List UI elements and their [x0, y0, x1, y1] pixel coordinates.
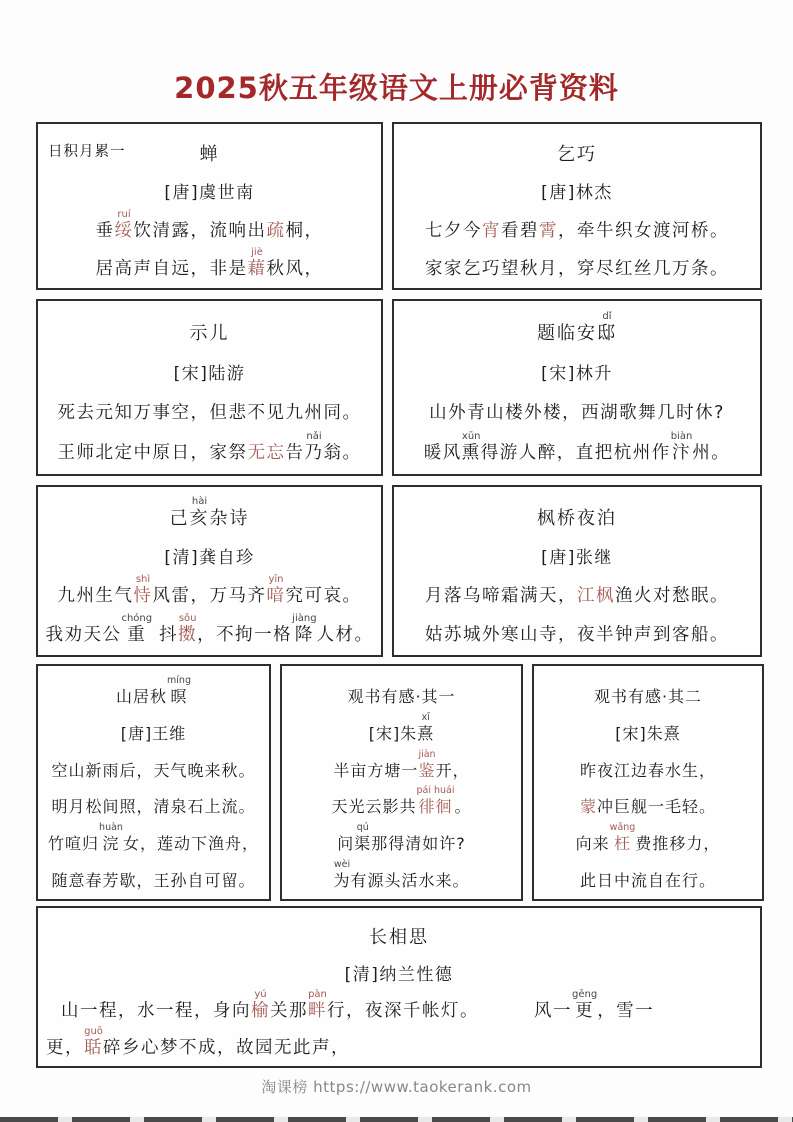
han-text: 观书有感·其二 — [594, 687, 702, 707]
poem-author: [唐]张继 — [541, 535, 613, 569]
poem-author: [唐]虞世南 — [164, 170, 254, 204]
char-group: [唐]虞世南 — [164, 170, 254, 204]
han-text: 月落乌啼霜满天， — [425, 586, 577, 608]
char-group: guō聒 — [84, 1025, 103, 1060]
char-group: xī熹 — [417, 711, 434, 744]
poem-line: 山一程，水一程，身向yú榆关那pàn畔行，夜深千帐灯。风一gēng更，雪一 — [31, 988, 767, 1023]
han-text: 暝 — [171, 687, 188, 707]
char-group: ruí绥 — [115, 208, 134, 243]
char-group: 得游人醉，直把杭州作 — [481, 430, 671, 465]
char-group: 宵 — [482, 208, 501, 243]
char-group: gēng更 — [572, 988, 597, 1023]
char-group: jiè藉 — [248, 246, 267, 281]
pinyin-label: huàn — [99, 821, 123, 834]
han-text: 畔 — [308, 1001, 327, 1023]
char-group: 山居秋 — [116, 674, 167, 707]
poem-author: [宋]陆游 — [174, 351, 246, 385]
char-group: 。 — [455, 784, 472, 817]
han-text: [唐]张继 — [541, 548, 613, 569]
han-text: 女，莲动下渔舟， — [123, 834, 259, 854]
pinyin-label: jiàng — [292, 612, 316, 625]
han-text: 王师北定中原日，家祭 — [58, 443, 248, 465]
poem-line: 姑苏城外寒山寺，夜半钟声到客船。 — [425, 612, 729, 647]
page-title: 2025秋五年级语文上册必背资料 — [0, 66, 793, 107]
poem-title: 蝉 — [200, 131, 220, 167]
han-text: 抖 — [152, 625, 178, 647]
han-text: 问 — [337, 834, 354, 854]
poem-line: 我劝天公chóng重 抖sǒu擞，不拘一格jiàng降人材。 — [45, 612, 373, 647]
han-text: 人材。 — [317, 625, 374, 647]
han-text: 我劝天公 — [45, 625, 121, 647]
han-text: 宵 — [482, 221, 501, 243]
char-group: wǎng枉 — [610, 821, 636, 854]
char-group: 我劝天公 — [45, 612, 121, 647]
han-text: 得游人醉，直把杭州作 — [481, 443, 671, 465]
char-group: 随意春芳歇，王孙自可留。 — [51, 858, 255, 891]
han-text: 看碧 — [501, 221, 539, 243]
han-text: 聒 — [84, 1038, 103, 1060]
char-group: 王师北定中原日，家祭 — [58, 430, 248, 465]
char-group: 枫桥夜泊 — [537, 495, 617, 531]
han-text: 暖风 — [424, 443, 462, 465]
char-group: 长相思 — [369, 914, 429, 950]
poem-row-4: 山居秋míng暝[唐]王维空山新雨后，天气晚来秋。明月松间照，清泉石上流。竹喧归… — [36, 664, 762, 901]
poem-line: 垂ruí绥饮清露，流响出疏桐， — [96, 208, 324, 243]
poem-line: 此日中流自在行。 — [580, 858, 716, 891]
poem-title: 山居秋míng暝 — [116, 674, 191, 707]
pinyin-label: jiè — [251, 246, 263, 259]
han-text: 无忘 — [248, 443, 286, 465]
poem-card-jihaizashi: 己hài亥杂诗[清]龚自珍九州生气shì恃风雷，万马齐yīn喑究可哀。我劝天公c… — [36, 485, 383, 657]
han-text: 更 — [575, 1001, 594, 1023]
char-group: 月落乌啼霜满天， — [425, 573, 577, 608]
char-group: 有源头活水来。 — [351, 858, 470, 891]
poem-line: 竹喧归huàn浣女，莲动下渔舟， — [48, 821, 259, 854]
poem-author: [唐]王维 — [121, 711, 187, 744]
han-text: [唐]林杰 — [541, 183, 613, 204]
han-text: 那得清如许? — [371, 834, 466, 854]
char-group: [清]龚自珍 — [164, 535, 254, 569]
poem-author: [宋]朱熹 — [615, 711, 681, 744]
han-text: 死去元知万事空，但悲不见九州同。 — [58, 403, 362, 425]
poem-line: 王师北定中原日，家祭无忘告nǎi乃翁。 — [58, 430, 362, 465]
poem-row-1: 日积月累一蝉[唐]虞世南垂ruí绥饮清露，流响出疏桐，居高声自远，非是jiè藉秋… — [36, 122, 762, 290]
pinyin-label: wǎng — [610, 821, 636, 834]
char-group: [清]纳兰性德 — [345, 952, 454, 986]
char-group: 乞巧 — [557, 131, 597, 167]
han-text: 枫桥夜泊 — [537, 508, 617, 531]
char-group: wèi为 — [333, 858, 350, 891]
pinyin-label: pái huái — [416, 784, 454, 797]
pinyin-label: qú — [357, 821, 369, 834]
char-group: 州。 — [692, 430, 730, 465]
char-group: 家家乞巧望秋月，穿尽红丝几万条。 — [425, 246, 729, 281]
char-group: 题临安 — [537, 310, 597, 346]
poem-author: [清]龚自珍 — [164, 535, 254, 569]
char-group: 那得清如许? — [371, 821, 466, 854]
han-text: 昨夜江边春水生， — [580, 761, 716, 781]
char-group: 山外青山楼外楼，西湖歌舞几时休? — [429, 390, 725, 425]
char-group: 天光云影共 — [331, 784, 416, 817]
pinyin-label: ruí — [117, 208, 130, 221]
char-group: 江枫 — [577, 573, 615, 608]
char-group: 垂 — [96, 208, 115, 243]
char-group: 杂诗 — [210, 495, 250, 531]
poem-line: 死去元知万事空，但悲不见九州同。 — [58, 390, 362, 425]
han-text: 为 — [333, 871, 350, 891]
han-text: [唐]王维 — [121, 724, 187, 744]
han-text: 渔火对愁眠。 — [615, 586, 729, 608]
han-text: 擞 — [178, 625, 197, 647]
han-text: 更， — [46, 1038, 84, 1060]
poem-line: 月落乌啼霜满天，江枫渔火对愁眠。 — [425, 573, 729, 608]
char-group: [宋]朱熹 — [615, 711, 681, 744]
han-text: 半亩方塘一 — [333, 761, 418, 781]
poem-title: 枫桥夜泊 — [537, 495, 617, 531]
poem-card-tilinandi: 题临安dǐ邸[宋]林升山外青山楼外楼，西湖歌舞几时休?暖风xūn熏得游人醉，直把… — [392, 299, 762, 476]
poem-line: wèi为有源头活水来。 — [333, 858, 469, 891]
han-text: 长相思 — [369, 927, 429, 950]
char-group: chóng重 — [121, 612, 152, 647]
char-group: 观书有感·其二 — [594, 674, 702, 707]
poem-title: 己hài亥杂诗 — [170, 495, 250, 531]
han-text: 垂 — [96, 221, 115, 243]
char-group: 霄 — [539, 208, 558, 243]
han-text: 家家乞巧望秋月，穿尽红丝几万条。 — [425, 259, 729, 281]
poem-line: 更，guō聒碎乡心梦不成，故园无此声， — [46, 1025, 752, 1060]
spacer — [479, 1022, 534, 1023]
han-text: 明月松间照，清泉石上流。 — [51, 797, 255, 817]
han-text: 桐， — [286, 221, 324, 243]
char-group: huàn浣 — [99, 821, 123, 854]
poem-line: 半亩方塘一jiàn鉴开， — [333, 748, 469, 781]
char-group: 暖风 — [424, 430, 462, 465]
poem-title: 乞巧 — [557, 131, 597, 167]
han-text: ，不拘一格 — [197, 625, 292, 647]
han-text: [宋]朱熹 — [615, 724, 681, 744]
char-group: nǎi乃 — [305, 430, 324, 465]
poem-card-qiqiao: 乞巧[唐]林杰七夕今宵看碧霄，牵牛织女渡河桥。家家乞巧望秋月，穿尽红丝几万条。 — [392, 122, 762, 290]
han-text: 熹 — [417, 724, 434, 744]
char-group: 问 — [337, 821, 354, 854]
poem-author: [清]纳兰性德 — [345, 952, 454, 986]
han-text: 蝉 — [200, 144, 220, 167]
han-text: 江枫 — [577, 586, 615, 608]
han-text: 行，夜深千帐灯。 — [327, 1001, 479, 1023]
char-group: 此日中流自在行。 — [580, 858, 716, 891]
char-group: 己 — [170, 495, 190, 531]
han-text: 关那 — [270, 1001, 308, 1023]
han-text: 天光云影共 — [331, 797, 416, 817]
han-text: 。 — [455, 797, 472, 817]
pinyin-label: chóng — [121, 612, 152, 625]
char-group: 关那 — [270, 988, 308, 1023]
char-group: 抖 — [152, 612, 178, 647]
char-group: pái huái徘徊 — [416, 784, 454, 817]
poem-title: 示儿 — [190, 310, 230, 346]
char-group: ，雪一 — [597, 988, 654, 1023]
han-text: 邸 — [597, 323, 617, 346]
char-group: [唐]张继 — [541, 535, 613, 569]
char-group: 竹喧归 — [48, 821, 99, 854]
char-group: 居高声自远，非是 — [96, 246, 248, 281]
char-group: 饮清露，流响出 — [134, 208, 267, 243]
pinyin-label: xī — [422, 711, 430, 724]
char-group: pàn畔 — [308, 988, 327, 1023]
han-text: 观书有感·其一 — [347, 687, 455, 707]
han-text: [宋]陆游 — [174, 364, 246, 385]
han-text: 姑苏城外寒山寺，夜半钟声到客船。 — [425, 625, 729, 647]
han-text: ，牵牛织女渡河桥。 — [558, 221, 729, 243]
poem-line: 天光云影共pái huái徘徊。 — [331, 784, 471, 817]
poem-line: 家家乞巧望秋月，穿尽红丝几万条。 — [425, 246, 729, 281]
han-text: [宋]林升 — [541, 364, 613, 385]
han-text: 熏 — [462, 443, 481, 465]
poem-card-fengqiaoyebo: 枫桥夜泊[唐]张继月落乌啼霜满天，江枫渔火对愁眠。姑苏城外寒山寺，夜半钟声到客船… — [392, 485, 762, 657]
char-group: 向来 — [576, 821, 610, 854]
pinyin-label: jiàn — [418, 748, 435, 761]
char-group: 空山新雨后，天气晚来秋。 — [51, 748, 255, 781]
char-group: sǒu擞 — [178, 612, 197, 647]
han-text: 费推移力， — [635, 834, 720, 854]
han-text: 杂诗 — [210, 508, 250, 531]
char-group: yīn喑 — [267, 573, 286, 608]
char-group: 冲巨舰一毛轻。 — [597, 784, 716, 817]
char-group: hài亥 — [190, 495, 210, 531]
han-text: 乃 — [305, 443, 324, 465]
poem-line: 暖风xūn熏得游人醉，直把杭州作biàn汴州。 — [424, 430, 731, 465]
char-group: 开， — [436, 748, 470, 781]
char-group: [宋]林升 — [541, 351, 613, 385]
han-text: 此日中流自在行。 — [580, 871, 716, 891]
char-group: 死去元知万事空，但悲不见九州同。 — [58, 390, 362, 425]
han-text: 九州生气 — [58, 586, 134, 608]
char-group: 究可哀。 — [286, 573, 362, 608]
han-text: 己 — [170, 508, 190, 531]
han-text: 风雷，万马齐 — [153, 586, 267, 608]
poem-card-guanshu-qier: 观书有感·其二[宋]朱熹昨夜江边春水生，蒙冲巨舰一毛轻。向来wǎng枉费推移力，… — [532, 664, 764, 901]
char-group: jiàn鉴 — [418, 748, 435, 781]
char-group: 蝉 — [200, 131, 220, 167]
poem-line: 明月松间照，清泉石上流。 — [51, 784, 255, 817]
char-group: 七夕今 — [425, 208, 482, 243]
poem-card-changxiangsi: 长相思[清]纳兰性德山一程，水一程，身向yú榆关那pàn畔行，夜深千帐灯。风一g… — [36, 906, 762, 1068]
char-group: 更， — [46, 1025, 84, 1060]
char-group: 看碧 — [501, 208, 539, 243]
han-text: 竹喧归 — [48, 834, 99, 854]
char-group: 人材。 — [317, 612, 374, 647]
han-text: 绥 — [115, 221, 134, 243]
han-text: [清]纳兰性德 — [345, 965, 454, 986]
poem-title: 题临安dǐ邸 — [537, 310, 617, 346]
char-group: 风雷，万马齐 — [153, 573, 267, 608]
poem-row-2: 示儿[宋]陆游死去元知万事空，但悲不见九州同。王师北定中原日，家祭无忘告nǎi乃… — [36, 299, 762, 476]
han-text: 藉 — [248, 259, 267, 281]
han-text: 喑 — [267, 586, 286, 608]
han-text: 翁。 — [324, 443, 362, 465]
char-group: 行，夜深千帐灯。 — [327, 988, 479, 1023]
han-text: 渠 — [354, 834, 371, 854]
poem-card-chan: 日积月累一蝉[唐]虞世南垂ruí绥饮清露，流响出疏桐，居高声自远，非是jiè藉秋… — [36, 122, 383, 290]
han-text: 降 — [295, 625, 314, 647]
char-group: 山一程，水一程，身向 — [61, 988, 251, 1023]
poem-line: 空山新雨后，天气晚来秋。 — [51, 748, 255, 781]
pinyin-label: yú — [254, 988, 266, 1001]
pinyin-label: shì — [136, 573, 150, 586]
char-group: biàn汴 — [671, 430, 693, 465]
next-page-cutoff-strip — [0, 1117, 793, 1122]
char-group: [宋]朱 — [369, 711, 418, 744]
han-text: 汴 — [672, 443, 691, 465]
han-text: 疏 — [267, 221, 286, 243]
han-text: [清]龚自珍 — [164, 548, 254, 569]
char-group: yú榆 — [251, 988, 270, 1023]
han-text: 徘徊 — [418, 797, 452, 817]
poem-line: 问qú渠那得清如许? — [337, 821, 466, 854]
pinyin-label: nǎi — [306, 430, 321, 443]
han-text: 告 — [286, 443, 305, 465]
han-text: 居高声自远，非是 — [96, 259, 248, 281]
han-text: 题临安 — [537, 323, 597, 346]
char-group: 渔火对愁眠。 — [615, 573, 729, 608]
char-group: 九州生气 — [58, 573, 134, 608]
han-text: ，雪一 — [597, 1001, 654, 1023]
poem-line: 山外青山楼外楼，西湖歌舞几时休? — [429, 390, 725, 425]
poem-line: 随意春芳歇，王孙自可留。 — [51, 858, 255, 891]
pinyin-label: dǐ — [602, 310, 611, 323]
char-group: xūn熏 — [462, 430, 481, 465]
pinyin-label: wèi — [334, 858, 350, 871]
poem-author: [唐]林杰 — [541, 170, 613, 204]
pinyin-label: guō — [84, 1025, 103, 1038]
poem-title: 观书有感·其一 — [347, 674, 455, 707]
char-group: 费推移力， — [635, 821, 720, 854]
char-group: 女，莲动下渔舟， — [123, 821, 259, 854]
han-text: 重 — [127, 625, 146, 647]
poem-line: 蒙冲巨舰一毛轻。 — [580, 784, 716, 817]
char-group: 观书有感·其一 — [347, 674, 455, 707]
char-group: 疏 — [267, 208, 286, 243]
han-text: 七夕今 — [425, 221, 482, 243]
han-text: [唐]虞世南 — [164, 183, 254, 204]
han-text: 亥 — [190, 508, 210, 531]
han-text: 山一程，水一程，身向 — [61, 1001, 251, 1023]
char-group: 无忘 — [248, 430, 286, 465]
han-text: 蒙 — [580, 797, 597, 817]
han-text: 山居秋 — [116, 687, 167, 707]
han-text: 州。 — [692, 443, 730, 465]
han-text: 乞巧 — [557, 144, 597, 167]
pinyin-label: míng — [167, 674, 191, 687]
pinyin-label: gēng — [572, 988, 597, 1001]
pinyin-label: yīn — [268, 573, 283, 586]
char-group: míng暝 — [167, 674, 191, 707]
pinyin-label: xūn — [462, 430, 481, 443]
char-group: qú渠 — [354, 821, 371, 854]
han-text: 示儿 — [190, 323, 230, 346]
char-group: 半亩方塘一 — [333, 748, 418, 781]
pinyin-label: sǒu — [179, 612, 197, 625]
poem-author: [宋]朱xī熹 — [369, 711, 435, 744]
han-text: 榆 — [251, 1001, 270, 1023]
han-text: 恃 — [134, 586, 153, 608]
poem-line: 向来wǎng枉费推移力， — [576, 821, 721, 854]
char-group: 昨夜江边春水生， — [580, 748, 716, 781]
char-group: 姑苏城外寒山寺，夜半钟声到客船。 — [425, 612, 729, 647]
han-text: 风一 — [534, 1001, 572, 1023]
char-group: 碎乡心梦不成，故园无此声， — [103, 1025, 350, 1060]
poem-title: 观书有感·其二 — [594, 674, 702, 707]
char-group: 明月松间照，清泉石上流。 — [51, 784, 255, 817]
char-group: shì恃 — [134, 573, 153, 608]
char-group: 风一 — [534, 988, 572, 1023]
corner-label: 日积月累一 — [48, 140, 126, 161]
pinyin-label: pàn — [308, 988, 327, 1001]
han-text: 山外青山楼外楼，西湖歌舞几时休? — [429, 403, 725, 425]
poem-line: 七夕今宵看碧霄，牵牛织女渡河桥。 — [425, 208, 729, 243]
han-text: [宋]朱 — [369, 724, 418, 744]
pinyin-label: biàn — [671, 430, 693, 443]
poem-row-3: 己hài亥杂诗[清]龚自珍九州生气shì恃风雷，万马齐yīn喑究可哀。我劝天公c… — [36, 485, 762, 657]
poem-line: 居高声自远，非是jiè藉秋风， — [96, 246, 324, 281]
char-group: dǐ邸 — [597, 310, 617, 346]
han-text: 空山新雨后，天气晚来秋。 — [51, 761, 255, 781]
han-text: 浣 — [102, 834, 119, 854]
poem-author: [宋]林升 — [541, 351, 613, 385]
han-text: 饮清露，流响出 — [134, 221, 267, 243]
char-group: 告 — [286, 430, 305, 465]
char-group: [唐]王维 — [121, 711, 187, 744]
char-group: 秋风， — [267, 246, 324, 281]
han-text: 开， — [436, 761, 470, 781]
pinyin-label: hài — [192, 495, 207, 508]
han-text: 鉴 — [418, 761, 435, 781]
char-group: ，牵牛织女渡河桥。 — [558, 208, 729, 243]
han-text: 有源头活水来。 — [351, 871, 470, 891]
poem-card-shier: 示儿[宋]陆游死去元知万事空，但悲不见九州同。王师北定中原日，家祭无忘告nǎi乃… — [36, 299, 383, 476]
poem-line: 昨夜江边春水生， — [580, 748, 716, 781]
char-group: jiàng降 — [292, 612, 316, 647]
han-text: 向来 — [576, 834, 610, 854]
han-text: 随意春芳歇，王孙自可留。 — [51, 871, 255, 891]
char-group: ，不拘一格 — [197, 612, 292, 647]
char-group: 蒙 — [580, 784, 597, 817]
han-text: 碎乡心梦不成，故园无此声， — [103, 1038, 350, 1060]
char-group: 桐， — [286, 208, 324, 243]
han-text: 究可哀。 — [286, 586, 362, 608]
poem-card-shanjuqiuming: 山居秋míng暝[唐]王维空山新雨后，天气晚来秋。明月松间照，清泉石上流。竹喧归… — [36, 664, 271, 901]
poem-row-5: 长相思[清]纳兰性德山一程，水一程，身向yú榆关那pàn畔行，夜深千帐灯。风一g… — [36, 906, 762, 1068]
footer-watermark: 淘课榜 https://www.taokerank.com — [0, 1076, 793, 1097]
char-group: 翁。 — [324, 430, 362, 465]
poem-line: 九州生气shì恃风雷，万马齐yīn喑究可哀。 — [58, 573, 362, 608]
poem-card-guanshu-qiyi: 观书有感·其一[宋]朱xī熹半亩方塘一jiàn鉴开，天光云影共pái huái徘… — [280, 664, 523, 901]
han-text: 霄 — [539, 221, 558, 243]
char-group: 示儿 — [190, 310, 230, 346]
study-sheet-page: 2025秋五年级语文上册必背资料 日积月累一蝉[唐]虞世南垂ruí绥饮清露，流响… — [0, 0, 793, 1122]
han-text: 冲巨舰一毛轻。 — [597, 797, 716, 817]
han-text: 枉 — [614, 834, 631, 854]
poem-title: 长相思 — [369, 914, 429, 950]
char-group: [宋]陆游 — [174, 351, 246, 385]
han-text: 秋风， — [267, 259, 324, 281]
char-group: [唐]林杰 — [541, 170, 613, 204]
